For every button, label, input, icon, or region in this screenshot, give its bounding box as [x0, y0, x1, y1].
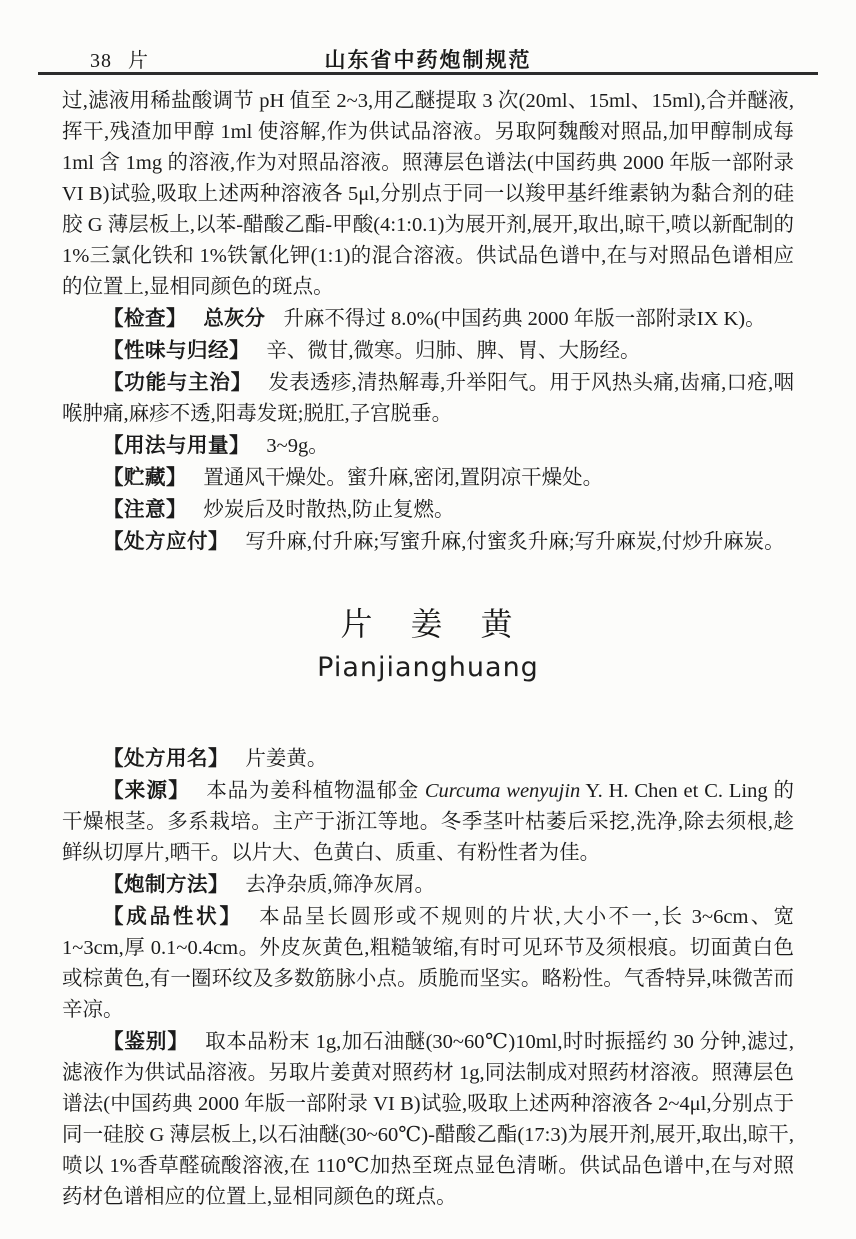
monograph-title: 片 姜 黄	[62, 604, 794, 644]
page-body: 过,滤液用稀盐酸调节 pH 值至 2~3,用乙醚提取 3 次(20ml、15ml…	[62, 86, 794, 1213]
entry-text: 片姜黄。	[245, 748, 327, 770]
entry-label: 【炮制方法】	[103, 873, 229, 896]
entry-text: 置通风干燥处。蜜升麻,密闭,置阴凉干燥处。	[203, 467, 603, 489]
shengma-entry-zhuyi: 【注意】炒炭后及时散热,防止复燃。	[62, 494, 794, 526]
entry-label: 【注意】	[103, 498, 187, 521]
pjh-entry-jianbie: 【鉴别】取本品粉末 1g,加石油醚(30~60℃)10ml,时时振摇约 30 分…	[62, 1026, 794, 1213]
section-word: 片	[128, 50, 149, 72]
pjh-entry-chengpinxingzhuang: 【成品性状】本品呈长圆形或不规则的片状,大小不一,长 3~6cm、宽 1~3cm…	[62, 901, 794, 1026]
shengma-entry-jiancha: 【检查】总灰分升麻不得过 8.0%(中国药典 2000 年版一部附录IX K)。	[62, 303, 794, 335]
entry-label: 【贮藏】	[103, 466, 187, 489]
entry-text: 辛、微甘,微寒。归肺、脾、胃、大肠经。	[266, 340, 640, 362]
entry-label: 【检查】	[103, 307, 187, 330]
page-header: 38片 山东省中药炮制规范	[62, 0, 794, 72]
entry-label: 【来源】	[103, 779, 190, 802]
entry-text: 升麻不得过 8.0%(中国药典 2000 年版一部附录IX K)。	[283, 308, 765, 330]
pjh-entry-paozhifangfa: 【炮制方法】去净杂质,筛净灰屑。	[62, 869, 794, 901]
entry-label: 【鉴别】	[103, 1030, 189, 1053]
monograph-heading: 片 姜 黄 Pianjianghuang	[62, 604, 794, 685]
entry-label: 【功能与主治】	[103, 371, 252, 394]
shengma-entry-gongneng: 【功能与主治】发表透疹,清热解毒,升举阳气。用于风热头痛,齿痛,口疮,咽喉肿痛,…	[62, 367, 794, 430]
entry-text: 取本品粉末 1g,加石油醚(30~60℃)10ml,时时振摇约 30 分钟,滤过…	[62, 1031, 794, 1208]
pjh-entry-laiyuan: 【来源】本品为姜科植物温郁金 Curcuma wenyujin Y. H. Ch…	[62, 775, 794, 869]
entry-label: 【处方用名】	[103, 747, 229, 770]
shengma-tlc-continuation-paragraph: 过,滤液用稀盐酸调节 pH 值至 2~3,用乙醚提取 3 次(20ml、15ml…	[62, 86, 794, 303]
folio: 38片	[90, 44, 149, 73]
shengma-entry-xingwei: 【性味与归经】辛、微甘,微寒。归肺、脾、胃、大肠经。	[62, 335, 794, 367]
monograph-pinyin: Pianjianghuang	[62, 651, 794, 685]
entry-label: 【成品性状】	[103, 905, 243, 928]
entry-label: 【处方应付】	[103, 530, 229, 553]
entry-text: 炒炭后及时散热,防止复燃。	[203, 499, 454, 521]
entry-text: 去净杂质,筛净灰屑。	[245, 874, 435, 896]
shengma-entry-zhucang: 【贮藏】置通风干燥处。蜜升麻,密闭,置阴凉干燥处。	[62, 462, 794, 494]
latin-botanical-name: Curcuma wenyujin	[425, 780, 580, 802]
entry-sublabel: 总灰分	[203, 307, 265, 330]
entry-label: 【用法与用量】	[103, 434, 250, 457]
shengma-entry-chufangyingfu: 【处方应付】写升麻,付升麻;写蜜升麻,付蜜炙升麻;写升麻炭,付炒升麻炭。	[62, 526, 794, 558]
book-title: 山东省中药炮制规范	[325, 44, 532, 74]
page-number: 38	[90, 50, 112, 72]
monograph-body: 【处方用名】片姜黄。 【来源】本品为姜科植物温郁金 Curcuma wenyuj…	[62, 743, 794, 1213]
pjh-entry-chufangyongming: 【处方用名】片姜黄。	[62, 743, 794, 775]
entry-text: 写升麻,付升麻;写蜜升麻,付蜜炙升麻;写升麻炭,付炒升麻炭。	[245, 531, 784, 553]
document-page: 38片 山东省中药炮制规范 过,滤液用稀盐酸调节 pH 值至 2~3,用乙醚提取…	[0, 0, 856, 1239]
shengma-entry-yongfa: 【用法与用量】3~9g。	[62, 430, 794, 462]
entry-label: 【性味与归经】	[103, 339, 250, 362]
entry-text: 本品为姜科植物温郁金	[206, 780, 424, 802]
entry-text: 3~9g。	[266, 435, 328, 457]
